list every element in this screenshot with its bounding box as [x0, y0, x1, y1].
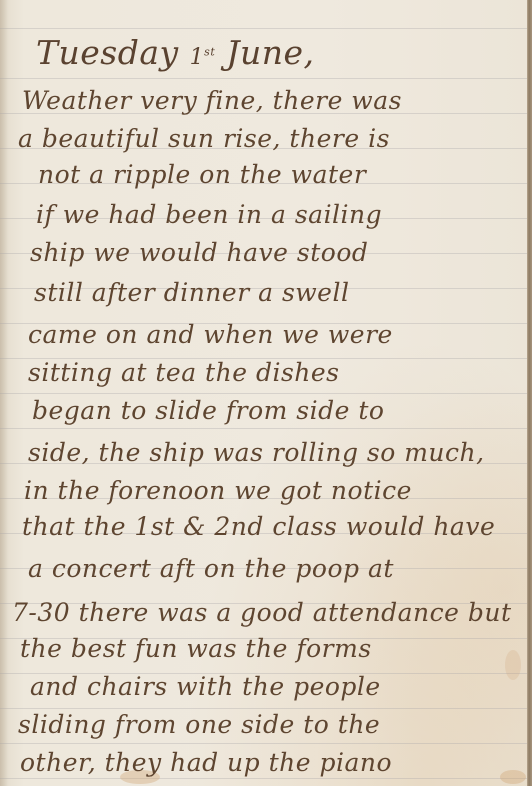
text-line: other, they had up the piano	[20, 750, 392, 775]
text-line: came on and when we were	[28, 322, 393, 347]
text-line: Weather very fine, there was	[22, 88, 402, 113]
text-line: in the forenoon we got notice	[24, 478, 412, 503]
text-line: 7-30 there was a good attendance but	[12, 600, 512, 625]
text-line: began to slide from side to	[32, 398, 384, 423]
text-line: if we had been in a sailing	[36, 202, 382, 227]
text-line: the best fun was the forms	[20, 636, 372, 661]
heading-day: Tuesday	[36, 33, 179, 72]
text-line: side, the ship was rolling so much,	[28, 440, 485, 465]
diary-page: Tuesday 1st June, Weather very fine, the…	[0, 0, 532, 786]
text-line: still after dinner a swell	[34, 280, 349, 305]
heading-month: June,	[226, 33, 314, 72]
text-line: and chairs with the people	[30, 674, 381, 699]
entry-heading: Tuesday 1st June,	[36, 36, 315, 69]
text-line: a beautiful sun rise, there is	[18, 126, 390, 151]
text-line: sliding from one side to the	[18, 712, 380, 737]
text-line: a concert aft on the poop at	[28, 556, 394, 581]
handwritten-text: Tuesday 1st June, Weather very fine, the…	[0, 0, 527, 786]
text-line: sitting at tea the dishes	[28, 360, 340, 385]
text-line: not a ripple on the water	[38, 162, 366, 187]
text-line: ship we would have stood	[30, 240, 368, 265]
text-line: that the 1st & 2nd class would have	[22, 514, 495, 539]
page-edge	[527, 0, 532, 786]
heading-date: 1st	[190, 45, 216, 70]
